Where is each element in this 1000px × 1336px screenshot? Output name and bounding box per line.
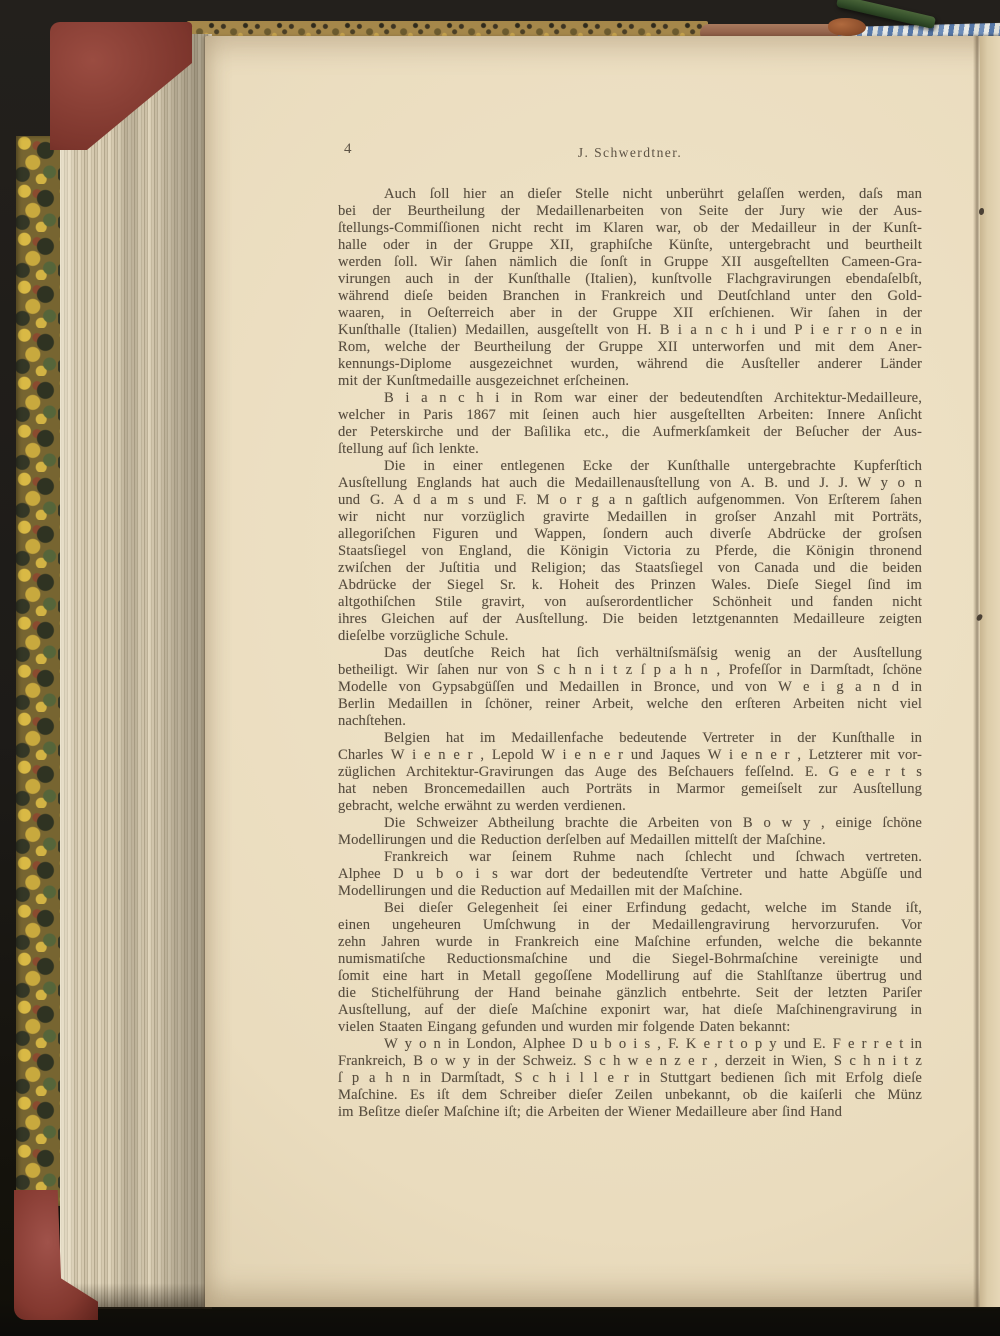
text-line: und G. A d a m s und F. M o r g a n gaſt… xyxy=(338,492,922,509)
text-line: ſtellung auf ſich lenkte. xyxy=(338,441,922,458)
text-line: Modelle von Gypsabgüſſen und Medaillen i… xyxy=(338,679,922,696)
text-line: Die Schweizer Abtheilung brachte die Arb… xyxy=(338,815,922,832)
text-line: Bei dieſer Gelegenheit ſei einer Erfindu… xyxy=(338,900,922,917)
text-line: Das deutſche Reich hat ſich verhältniſsm… xyxy=(338,645,922,662)
text-line: dieſelbe vorzügliche Schule. xyxy=(338,628,922,645)
book-page: 4 J. Schwerdtner. Auch ſoll hier an dieſ… xyxy=(205,36,1000,1307)
text-line: die Stichelführung der Hand beinahe gänz… xyxy=(338,985,922,1002)
text-line: Kunſthalle (Italien) Medaillen, ausgeſte… xyxy=(338,322,922,339)
adjacent-page-edge xyxy=(980,36,1000,1307)
text-line: Modellirungen und die Reduction auf Meda… xyxy=(338,883,922,900)
text-line: kennungs-Diplome ausgezeichnet wurden, w… xyxy=(338,356,922,373)
page-header: 4 J. Schwerdtner. xyxy=(338,141,922,161)
text-line: ſ p a h n in Darmſtadt, S c h i l l e r … xyxy=(338,1070,922,1087)
text-line: Maſchine. Es iſt dem Schreiber dieſer Ze… xyxy=(338,1087,922,1104)
text-line: einen ungeheuren Umſchwung in der Medail… xyxy=(338,917,922,934)
text-line: betheiligt. Wir ſahen nur von S c h n i … xyxy=(338,662,922,679)
text-line: welcher in Paris 1867 mit ſeinen auch hi… xyxy=(338,407,922,424)
text-line: ihres Gleichen auf der Ausſtellung. Die … xyxy=(338,611,922,628)
text-line: während dieſe beiden Branchen in Frankre… xyxy=(338,288,922,305)
text-line: Staatsſiegel von England, die Königin Vi… xyxy=(338,543,922,560)
text-line: Abdrücke der Siegel Sr. k. Hoheit des Pr… xyxy=(338,577,922,594)
text-line: wir nicht nur vorzüglich gravirte Medail… xyxy=(338,509,922,526)
text-line: Die in einer entlegenen Ecke der Kunſtha… xyxy=(338,458,922,475)
text-line: Auch ſoll hier an dieſer Stelle nicht un… xyxy=(338,186,922,203)
text-line: B i a n c h i in Rom war einer der bedeu… xyxy=(338,390,922,407)
marbled-cover-edge xyxy=(16,136,62,1206)
text-line: zwiſchen der Juſtitia und Religion; das … xyxy=(338,560,922,577)
text-line: halle oder in der Gruppe XII, graphiſche… xyxy=(338,237,922,254)
text-line: altgothiſchen Stile gravirt, von auſsero… xyxy=(338,594,922,611)
text-line: Berlin Medaillen in ſchöner, reiner Arbe… xyxy=(338,696,922,713)
text-line: Ausſtellung Englands hat auch die Medail… xyxy=(338,475,922,492)
running-head: J. Schwerdtner. xyxy=(338,145,922,161)
text-line: Charles W i e n e r , Lepold W i e n e r… xyxy=(338,747,922,764)
text-line: züglichen Architektur-Gravirungen das Au… xyxy=(338,764,922,781)
text-line: zehn Jahren wurde in Frankreich eine Maſ… xyxy=(338,934,922,951)
text-line: hat neben Broncemedaillen auch Porträts … xyxy=(338,781,922,798)
text-line: mit der Kunſtmedaille ausgezeichnet erſc… xyxy=(338,373,922,390)
text-line: gebracht, welche erwähnt zu werden verdi… xyxy=(338,798,922,815)
text-line: Ausſtellung, auf der dieſe Maſchine expo… xyxy=(338,1002,922,1019)
page-stack-edges xyxy=(60,34,212,1307)
text-line: vielen Staaten Eingang gefunden und wurd… xyxy=(338,1019,922,1036)
text-line: Rom, welche der Beurtheilung der Gruppe … xyxy=(338,339,922,356)
text-line: numismatiſche Reductionsmaſchine und die… xyxy=(338,951,922,968)
text-line: im Beſitze dieſer Maſchine iſt; die Arbe… xyxy=(338,1104,922,1121)
text-line: Alphee D u b o i s war dort der bedeuten… xyxy=(338,866,922,883)
text-line: werden ſoll. Wir ſahen nämlich die ſonſt… xyxy=(338,254,922,271)
book-photo-scene: 4 J. Schwerdtner. Auch ſoll hier an dieſ… xyxy=(0,0,1000,1336)
text-line: Frankreich war ſeinem Ruhme nach ſchlech… xyxy=(338,849,922,866)
text-line: der Peterskirche und der Baſilika etc., … xyxy=(338,424,922,441)
leather-fragment xyxy=(828,18,866,36)
text-line: ſtellungs-Commiſſionen nicht recht im Kl… xyxy=(338,220,922,237)
text-line: virungen auch in der Kunſthalle (Italien… xyxy=(338,271,922,288)
text-line: nachſtehen. xyxy=(338,713,922,730)
text-line: allegoriſchen Figuren und Wappen, ſonder… xyxy=(338,526,922,543)
gutter-crease xyxy=(973,36,980,1307)
text-line: bei der Beurtheilung der Medaillenarbeit… xyxy=(338,203,922,220)
text-line: Belgien hat im Medaillenfache bedeutende… xyxy=(338,730,922,747)
text-line: W y o n in London, Alphee D u b o i s , … xyxy=(338,1036,922,1053)
text-line: ſomit eine hart in Metall gegoſſene Mode… xyxy=(338,968,922,985)
text-line: Frankreich, B o w y in der Schweiz. S c … xyxy=(338,1053,922,1070)
text-block: Auch ſoll hier an dieſer Stelle nicht un… xyxy=(338,186,922,1121)
text-line: waaren, in Oeſterreich aber in der Grupp… xyxy=(338,305,922,322)
text-line: Modellirungen und die Reduction derſelbe… xyxy=(338,832,922,849)
